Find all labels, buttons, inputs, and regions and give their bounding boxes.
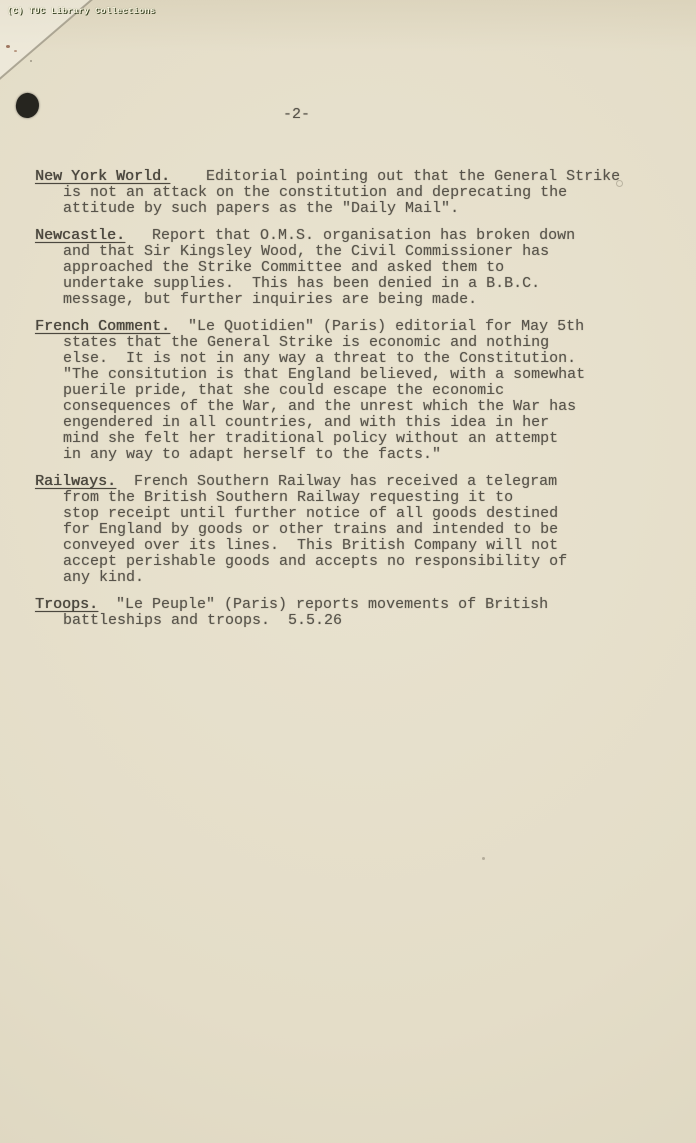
section-line: attitude by such papers as the "Daily Ma… — [35, 201, 675, 217]
page-number: -2- — [283, 107, 310, 123]
section-heading: French Comment. — [35, 318, 170, 335]
section-heading: Troops. — [35, 596, 98, 613]
watermark-label: (C) TUC Library Collections — [7, 6, 156, 16]
section-line: in any way to adapt herself to the facts… — [35, 447, 675, 463]
section-line: is not an attack on the constitution and… — [35, 185, 675, 201]
document-section: New York World. Editorial pointing out t… — [35, 169, 675, 217]
section-line: mind she felt her traditional policy wit… — [35, 431, 675, 447]
section-heading: Railways. — [35, 473, 116, 490]
section-line: engendered in all countries, and with th… — [35, 415, 675, 431]
section-line: stop receipt until further notice of all… — [35, 506, 675, 522]
section-line: any kind. — [35, 570, 675, 586]
section-first-line: Troops. "Le Peuple" (Paris) reports move… — [35, 597, 675, 613]
document-section: French Comment. "Le Quotidien" (Paris) e… — [35, 319, 675, 463]
section-first-line: Newcastle. Report that O.M.S. organisati… — [35, 228, 675, 244]
section-line: conveyed over its lines. This British Co… — [35, 538, 675, 554]
section-line: "The consitution is that England believe… — [35, 367, 675, 383]
section-line: message, but further inquiries are being… — [35, 292, 675, 308]
document-section: Railways. French Southern Railway has re… — [35, 474, 675, 586]
section-line: consequences of the War, and the unrest … — [35, 399, 675, 415]
section-first-line: French Comment. "Le Quotidien" (Paris) e… — [35, 319, 675, 335]
section-line: states that the General Strike is econom… — [35, 335, 675, 351]
dust-speck — [482, 857, 485, 860]
section-line: approached the Strike Committee and aske… — [35, 260, 675, 276]
scanned-document-page: (C) TUC Library Collections -2- New York… — [0, 0, 696, 1143]
section-first-line: New York World. Editorial pointing out t… — [35, 169, 675, 185]
section-line: accept perishable goods and accepts no r… — [35, 554, 675, 570]
document-section: Troops. "Le Peuple" (Paris) reports move… — [35, 597, 675, 629]
section-line: else. It is not in any way a threat to t… — [35, 351, 675, 367]
hole-punch-mark — [13, 91, 41, 121]
section-line: undertake supplies. This has been denied… — [35, 276, 675, 292]
section-line: puerile pride, that she could escape the… — [35, 383, 675, 399]
section-heading: New York World. — [35, 168, 170, 185]
document-section: Newcastle. Report that O.M.S. organisati… — [35, 228, 675, 308]
section-line: battleships and troops. 5.5.26 — [35, 613, 675, 629]
section-first-line: Railways. French Southern Railway has re… — [35, 474, 675, 490]
section-line: and that Sir Kingsley Wood, the Civil Co… — [35, 244, 675, 260]
document-body: New York World. Editorial pointing out t… — [35, 169, 675, 640]
section-line: for England by goods or other trains and… — [35, 522, 675, 538]
section-heading: Newcastle. — [35, 227, 125, 244]
section-line: from the British Southern Railway reques… — [35, 490, 675, 506]
